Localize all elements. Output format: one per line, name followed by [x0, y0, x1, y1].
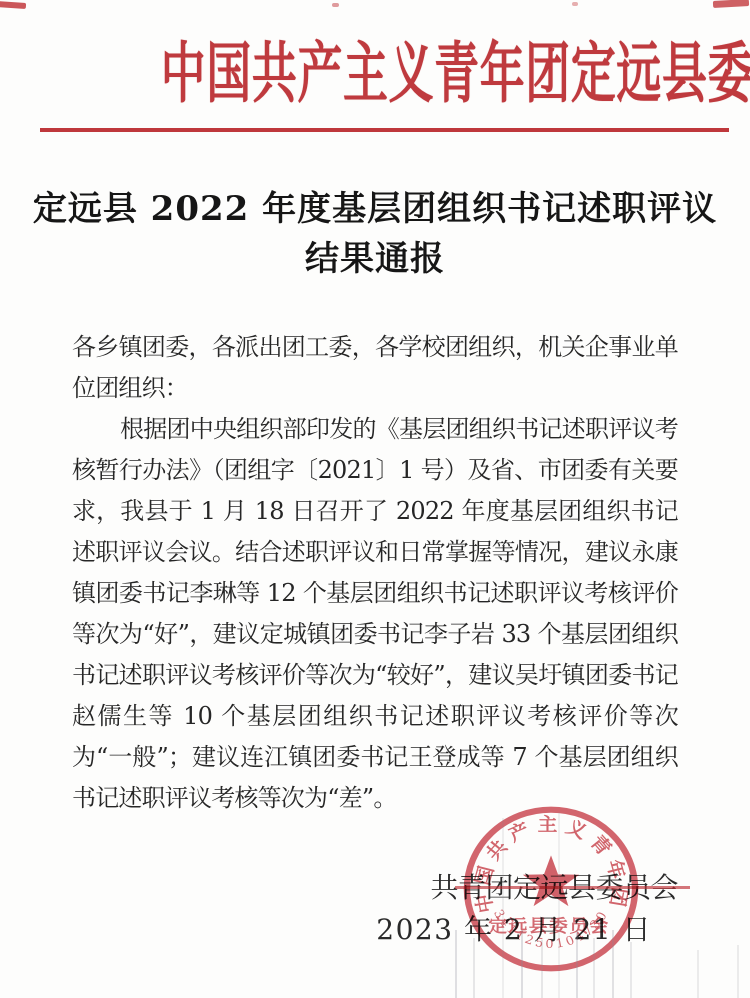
- scan-artifact-dot: [332, 3, 339, 7]
- scan-streak-red: [455, 886, 690, 889]
- scan-streak: [521, 930, 523, 998]
- scan-streak: [576, 930, 578, 998]
- scan-streak: [697, 950, 699, 998]
- letterhead-org-name: 中国共产主义青年团定远县委员会: [161, 38, 750, 108]
- document-title-line1: 定远县 2022 年度基层团组织书记述职评议: [0, 184, 750, 234]
- scan-streak: [541, 940, 543, 998]
- scan-streak: [593, 938, 595, 998]
- scan-artifact-dot: [572, 2, 578, 6]
- signature-date: 2023 年 2 月 21 日: [376, 913, 652, 947]
- scan-streak: [737, 945, 739, 998]
- salutation-paragraph: 各乡镇团委，各派出团工委，各学校团组织，机关企事业单位团组织：: [72, 327, 678, 409]
- scan-streak: [502, 818, 504, 998]
- scan-streak: [455, 930, 457, 998]
- document-title-line2: 结果通报: [0, 234, 750, 284]
- scan-streak: [558, 812, 560, 998]
- scanned-document-page: 中国共产主义青年团定远县委员会 定远县 2022 年度基层团组织书记述职评议 结…: [0, 0, 750, 998]
- scan-streak: [630, 942, 632, 998]
- letterhead-divider-rule: [40, 128, 729, 132]
- main-paragraph: 根据团中央组织部印发的《基层团组织书记述职评议考核暂行办法》（团组字〔2021〕…: [72, 409, 678, 819]
- scan-artifact-top-left: [0, 1, 26, 9]
- letterhead: 中国共产主义青年团定远县委员会: [0, 38, 750, 108]
- document-body: 各乡镇团委，各派出团工委，各学校团组织，机关企事业单位团组织： 根据团中央组织部…: [72, 327, 678, 819]
- scan-streak: [612, 930, 614, 998]
- scan-artifact-top-right: [713, 0, 749, 8]
- document-title: 定远县 2022 年度基层团组织书记述职评议 结果通报: [0, 184, 750, 284]
- scan-streak: [473, 938, 475, 998]
